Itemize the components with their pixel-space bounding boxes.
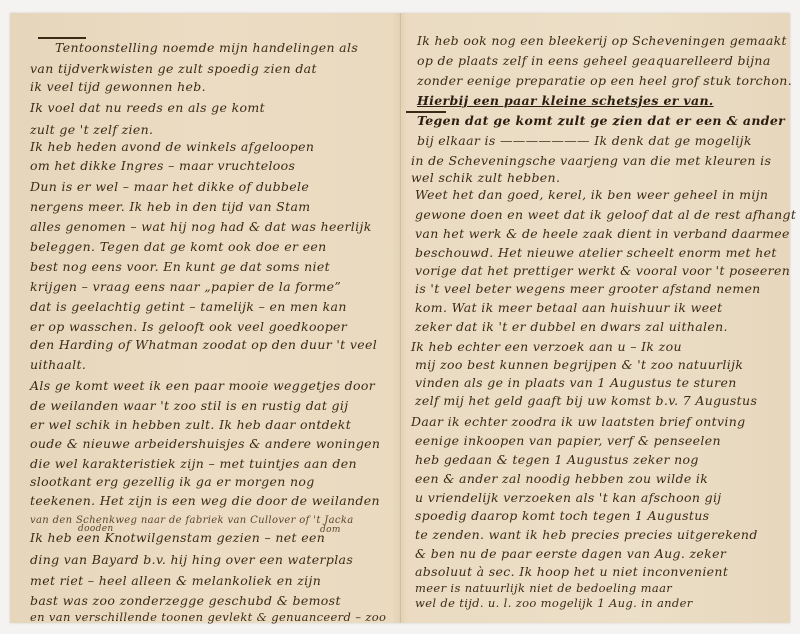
opening-rule <box>38 37 86 39</box>
text-line: meer is natuurlijk niet de bedoeling maa… <box>415 580 672 596</box>
text-line: Ik heb echter een verzoek aan u – Ik zou <box>411 339 682 355</box>
text-line: kom. Wat ik meer betaal aan huishuur ik … <box>415 300 723 316</box>
text-line: zult ge 't zelf zien. <box>30 122 153 138</box>
left-page: Tentoonstelling noemde mijn handelingen … <box>10 13 400 623</box>
right-page: Ik heb ook nog een bleekerij op Scheveni… <box>401 13 790 623</box>
text-line: er wel schik in hebben zult. Ik heb daar… <box>30 417 351 433</box>
text-line: en van verschillende toonen gevlekt & ge… <box>30 609 386 625</box>
text-line: dat is geelachtig getint – tamelijk – en… <box>30 299 347 315</box>
letter-sheet: Tentoonstelling noemde mijn handelingen … <box>10 13 790 623</box>
text-line: absoluut à sec. Ik hoop het u niet incon… <box>415 564 728 580</box>
text-line: een & ander zal noodig hebben zou wilde … <box>415 471 708 487</box>
text-line: beleggen. Tegen dat ge komt ook doe er e… <box>30 239 327 255</box>
text-line: vorige dat het prettiger werkt & vooral … <box>415 263 790 279</box>
text-line: Dun is er wel – maar het dikke of dubbel… <box>30 179 309 195</box>
text-line: Tentoonstelling noemde mijn handelingen … <box>55 40 358 56</box>
text-line: uithaalt. <box>30 357 86 373</box>
text-line: krijgen – vraag eens naar „papier de la … <box>30 279 341 295</box>
text-line: van het werk & de heele zaak dient in ve… <box>415 226 790 242</box>
text-line: met riet – heel alleen & melankoliek en … <box>30 573 321 589</box>
text-line: wel de tijd. u. l. zoo mogelijk 1 Aug. i… <box>415 595 693 611</box>
text-line: vinden als ge in plaats van 1 Augustus t… <box>415 375 737 391</box>
text-line: op de plaats zelf in eens geheel geaquar… <box>417 53 771 69</box>
text-line: Ik heb een Knotwilgenstam gezien – net e… <box>30 530 325 546</box>
text-line: gewone doen en weet dat ik geloof dat al… <box>415 207 796 223</box>
text-line: die wel karakteristiek zijn – met tuintj… <box>30 456 357 472</box>
text-line: zeker dat ik 't er dubbel en dwars zal u… <box>415 319 728 335</box>
text-line: best nog eens voor. En kunt ge dat soms … <box>30 259 330 275</box>
text-line: den Harding of Whatman zoodat op den duu… <box>30 337 377 353</box>
text-line: van tijdverkwisten ge zult spoedig zien … <box>30 61 317 77</box>
text-line: ik veel tijd gewonnen heb. <box>30 79 206 95</box>
text-line: alles genomen – wat hij nog had & dat wa… <box>30 219 372 235</box>
text-line: Tegen dat ge komt zult ge zien dat er ee… <box>417 113 785 129</box>
text-line: Hierbij een paar kleine schetsjes er van… <box>417 93 714 109</box>
text-line: Weet het dan goed, kerel, ik ben weer ge… <box>415 187 768 203</box>
text-line: bij elkaar is ——————— Ik denk dat ge mog… <box>417 133 752 149</box>
text-line: u vriendelijk verzoeken als 't kan afsch… <box>415 490 722 506</box>
text-line: nergens meer. Ik heb in den tijd van Sta… <box>30 199 310 215</box>
text-line: oude & nieuwe arbeidershuisjes & andere … <box>30 436 380 452</box>
text-line: mij zoo best kunnen begrijpen & 't zoo n… <box>415 357 743 373</box>
text-line: & ben nu de paar eerste dagen van Aug. z… <box>415 546 726 562</box>
text-line: Daar ik echter zoodra ik uw laatsten bri… <box>411 414 746 430</box>
text-line: er op wasschen. Is gelooft ook veel goed… <box>30 319 347 335</box>
text-line: eenige inkoopen van papier, verf & pense… <box>415 433 721 449</box>
text-line: beschouwd. Het nieuwe atelier scheelt en… <box>415 245 777 261</box>
text-line: spoedig daarop komt toch tegen 1 Augustu… <box>415 508 709 524</box>
text-line: Als ge komt weet ik een paar mooie wegge… <box>30 378 375 394</box>
text-line: ding van Bayard b.v. hij hing over een w… <box>30 552 353 568</box>
text-line: te zenden. want ik heb precies precies u… <box>415 527 758 543</box>
text-line: om het dikke Ingres – maar vruchteloos <box>30 158 295 174</box>
text-line: slootkant erg gezellig ik ga er morgen n… <box>30 474 315 490</box>
text-line: bast was zoo zonderzegge geschubd & bemo… <box>30 593 341 609</box>
text-line: heb gedaan & tegen 1 Augustus zeker nog <box>415 452 699 468</box>
text-line: Ik heb heden avond de winkels afgeloopen <box>30 139 314 155</box>
text-line: wel schik zult hebben. <box>411 170 560 186</box>
text-line: is 't veel beter wegens meer grooter afs… <box>415 281 761 297</box>
text-line: de weilanden waar 't zoo stil is en rust… <box>30 398 348 414</box>
text-line: teekenen. Het zijn is een weg die door d… <box>30 493 380 509</box>
text-line: in de Scheveningsche vaarjeng van die me… <box>411 153 771 169</box>
text-line: Ik heb ook nog een bleekerij op Scheveni… <box>417 33 787 49</box>
text-line: zelf mij het geld gaaft bij uw komst b.v… <box>415 393 757 409</box>
text-line: zonder eenige preparatie op een heel gro… <box>417 73 792 89</box>
text-line: Ik voel dat nu reeds en als ge komt <box>30 100 265 116</box>
